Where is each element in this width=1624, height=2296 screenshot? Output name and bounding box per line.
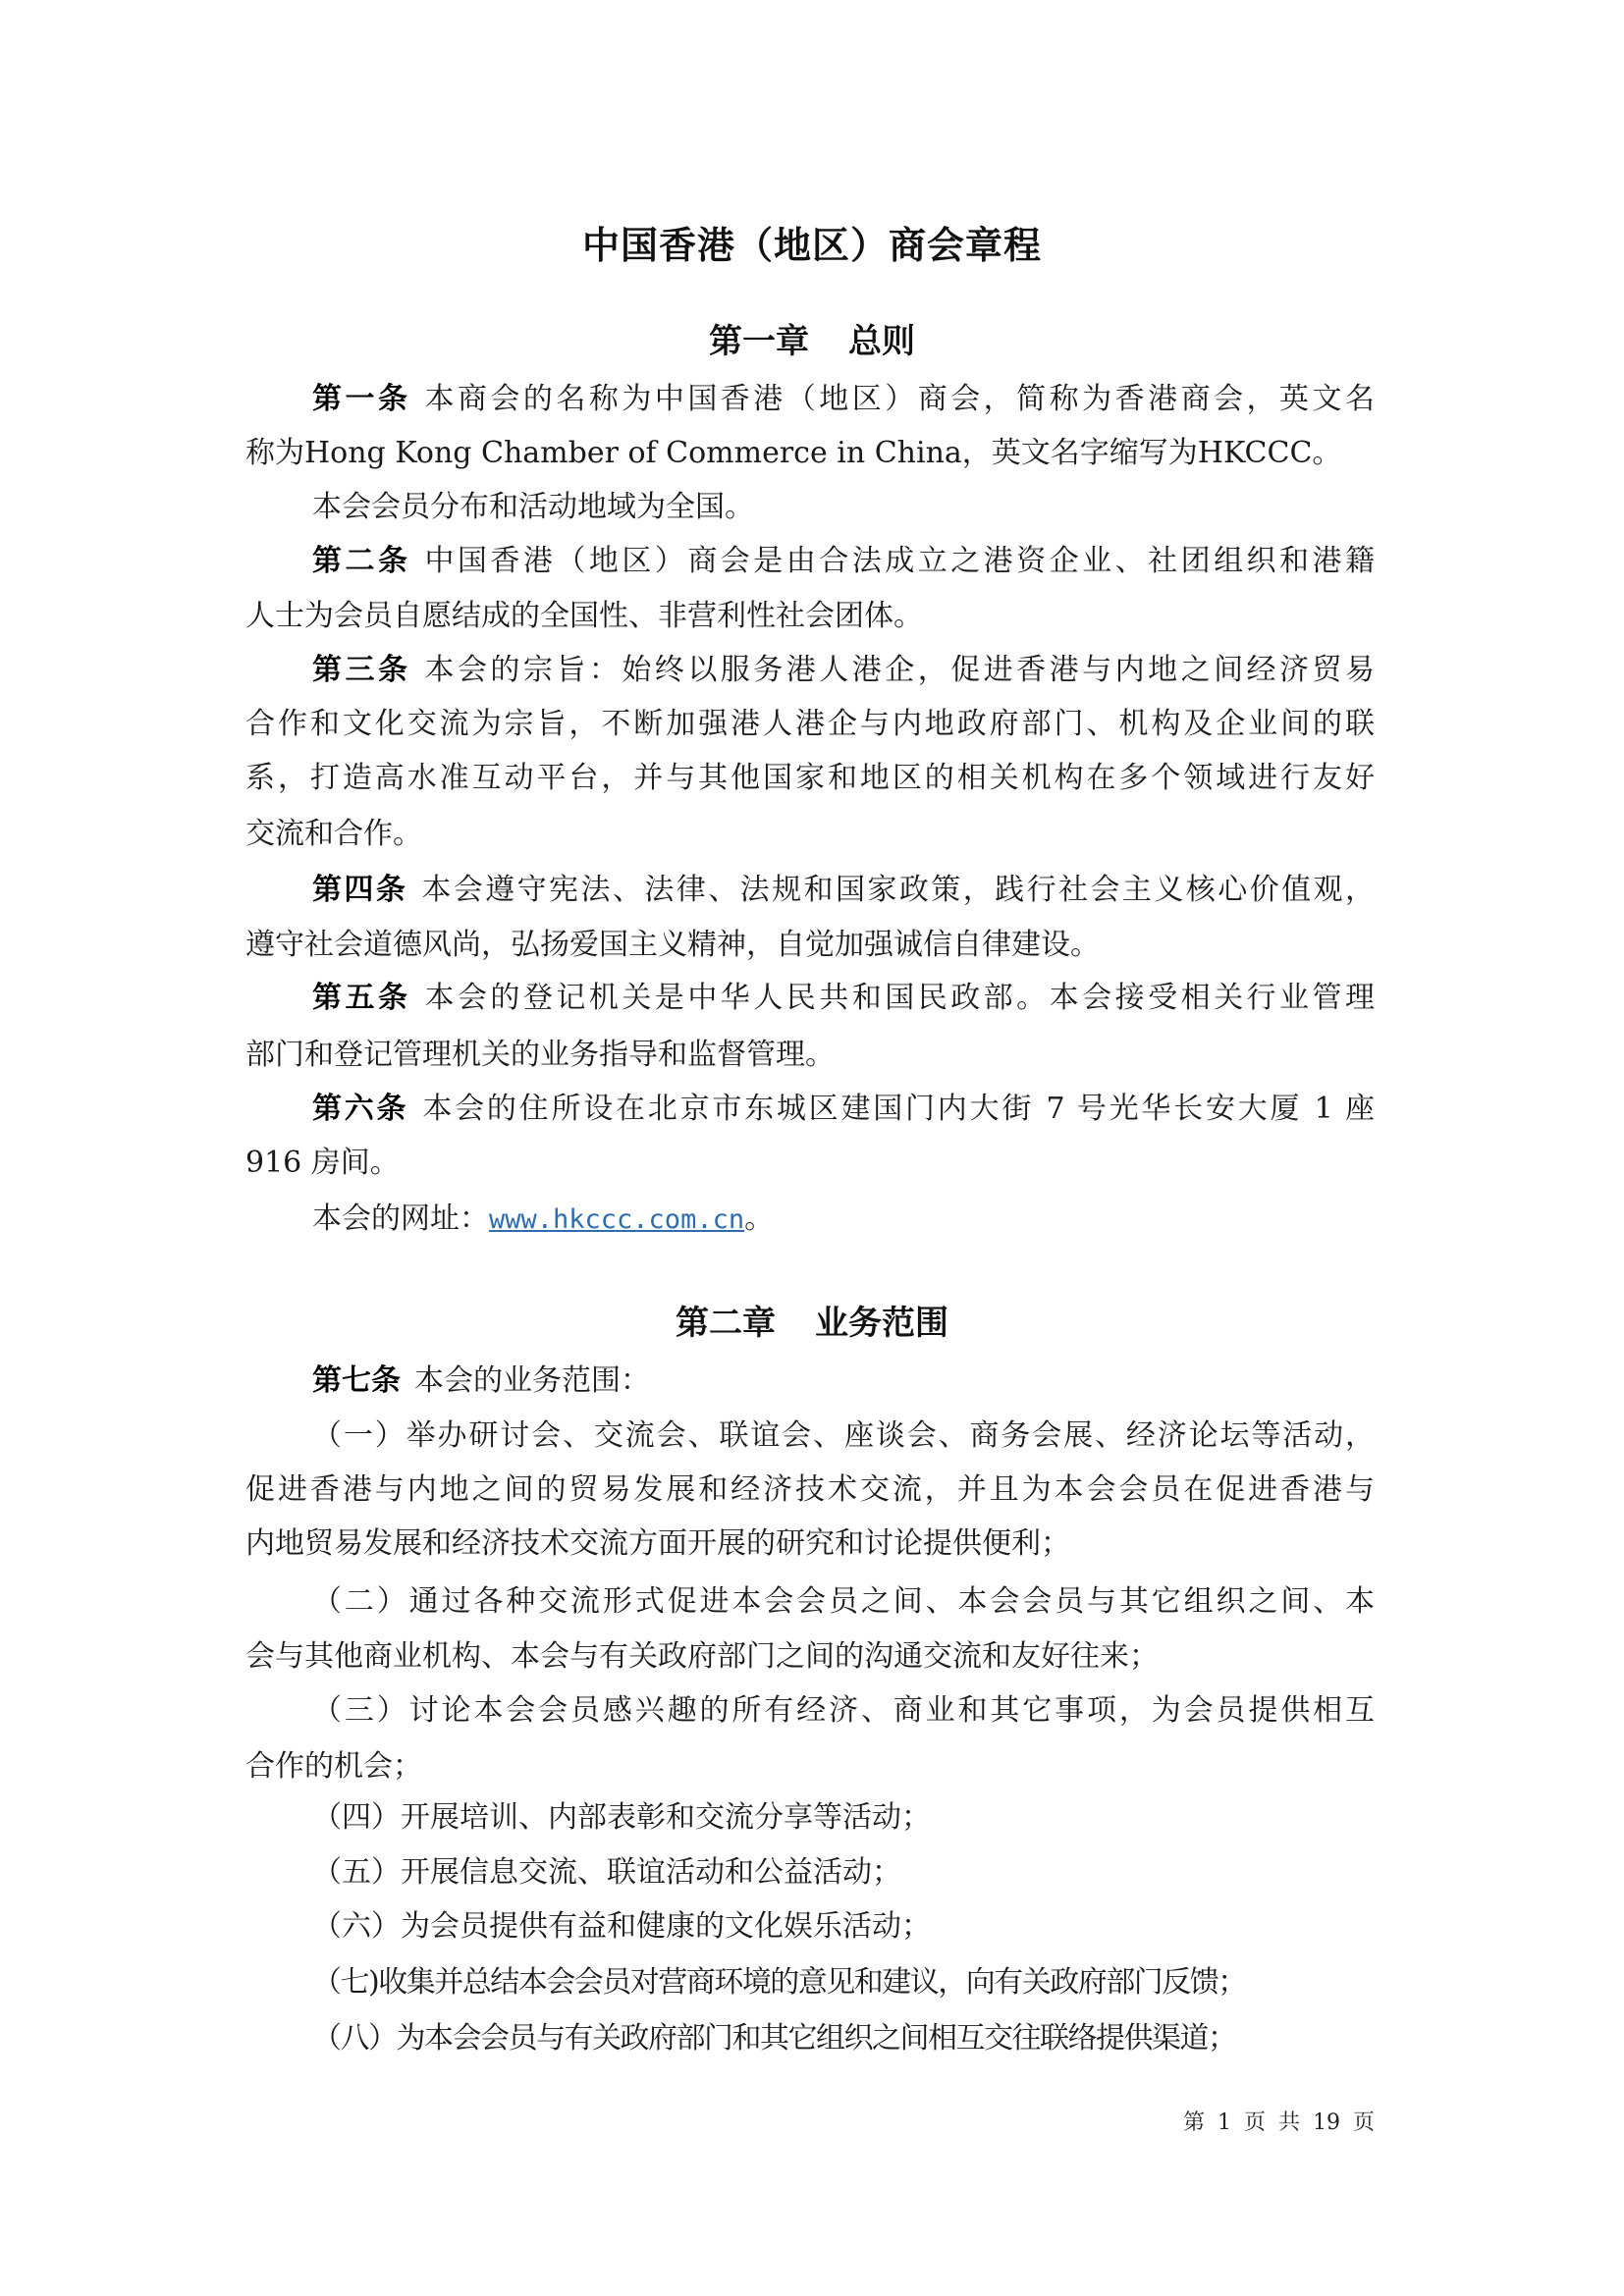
article-1-line-1: 第一条本商会的名称为中国香港（地区）商会，简称为香港商会，英文名 xyxy=(312,372,1375,427)
article-label: 第五条 xyxy=(312,981,410,1015)
scope-item-3-line-1: （三）讨论本会会员感兴趣的所有经济、商业和其它事项，为会员提供相互 xyxy=(312,1683,1375,1738)
article-text: 本会的宗旨：始终以服务港人港企，促进香港与内地之间经济贸易 xyxy=(424,653,1375,687)
scope-item-1-line-2: 促进香港与内地之间的贸易发展和经济技术交流，并且为本会会员在促进香港与 xyxy=(245,1463,1375,1518)
website-label: 本会的网址： xyxy=(312,1201,489,1236)
article-text: 本会的住所设在北京市东城区建国门内大街 7 号光华长安大厦 1 座 xyxy=(422,1092,1375,1126)
article-6-line-1: 第六条本会的住所设在北京市东城区建国门内大街 7 号光华长安大厦 1 座 xyxy=(312,1082,1375,1137)
chapter-name: 总则 xyxy=(848,322,915,361)
article-1-paragraph-2: 本会会员分布和活动地域为全国。 xyxy=(312,480,1375,535)
scope-item-6: （六）为会员提供有益和健康的文化娱乐活动； xyxy=(312,1899,1375,1954)
chapter-heading-1: 第一章总则 xyxy=(0,314,1624,369)
article-4-line-2: 遵守社会道德风尚，弘扬爱国主义精神，自觉加强诚信自律建设。 xyxy=(245,918,1375,973)
chapter-name: 业务范围 xyxy=(815,1304,948,1343)
document-title: 中国香港（地区）商会章程 xyxy=(0,218,1624,273)
article-1-line-2: 称为Hong Kong Chamber of Commerce in China… xyxy=(245,426,1375,481)
article-text: 本会的登记机关是中华人民共和国民政部。本会接受相关行业管理 xyxy=(424,981,1375,1015)
chapter-number: 第一章 xyxy=(709,322,809,361)
article-text: 本商会的名称为中国香港（地区）商会，简称为香港商会，英文名 xyxy=(424,382,1375,416)
article-7-line-1: 第七条本会的业务范围： xyxy=(312,1354,1375,1409)
article-2-line-2: 人士为会员自愿结成的全国性、非营利性社会团体。 xyxy=(245,589,1375,644)
document-page: 中国香港（地区）商会章程 第一章总则 第一条本商会的名称为中国香港（地区）商会，… xyxy=(0,0,1624,2296)
article-3-line-4: 交流和合作。 xyxy=(245,807,1375,862)
chapter-heading-2: 第二章业务范围 xyxy=(0,1296,1624,1351)
article-4-line-1: 第四条本会遵守宪法、法律、法规和国家政策，践行社会主义核心价值观， xyxy=(312,863,1375,918)
article-label: 第二条 xyxy=(312,544,410,578)
article-label: 第七条 xyxy=(312,1363,401,1398)
article-text: 本会遵守宪法、法律、法规和国家政策，践行社会主义核心价值观， xyxy=(421,873,1375,907)
article-6-line-2: 916 房间。 xyxy=(245,1136,1375,1191)
article-6-paragraph-2: 本会的网址：www.hkccc.com.cn。 xyxy=(312,1192,1375,1248)
chapter-number: 第二章 xyxy=(676,1304,776,1343)
period: 。 xyxy=(744,1201,774,1236)
article-3-line-1: 第三条本会的宗旨：始终以服务港人港企，促进香港与内地之间经济贸易 xyxy=(312,643,1375,698)
article-text: 本会的业务范围： xyxy=(414,1363,650,1398)
website-link[interactable]: www.hkccc.com.cn xyxy=(489,1204,744,1235)
article-label: 第六条 xyxy=(312,1092,408,1126)
article-3-line-2: 合作和文化交流为宗旨，不断加强港人港企与内地政府部门、机构及企业间的联 xyxy=(245,697,1375,752)
scope-item-2-line-2: 会与其他商业机构、本会与有关政府部门之间的沟通交流和友好往来； xyxy=(245,1629,1375,1684)
scope-item-1-line-3: 内地贸易发展和经济技术交流方面开展的研究和讨论提供便利； xyxy=(245,1517,1375,1572)
scope-item-5: （五）开展信息交流、联谊活动和公益活动； xyxy=(312,1845,1375,1900)
scope-item-2-line-1: （二）通过各种交流形式促进本会会员之间、本会会员与其它组织之间、本 xyxy=(312,1575,1375,1629)
article-text: 中国香港（地区）商会是由合法成立之港资企业、社团组织和港籍 xyxy=(424,544,1375,578)
article-2-line-1: 第二条中国香港（地区）商会是由合法成立之港资企业、社团组织和港籍 xyxy=(312,534,1375,589)
article-label: 第四条 xyxy=(312,873,407,907)
article-label: 第一条 xyxy=(312,382,410,416)
article-3-line-3: 系，打造高水准互动平台，并与其他国家和地区的相关机构在多个领域进行友好 xyxy=(245,751,1375,806)
article-5-line-1: 第五条本会的登记机关是中华人民共和国民政部。本会接受相关行业管理 xyxy=(312,971,1375,1026)
scope-item-1-line-1: （一）举办研讨会、交流会、联谊会、座谈会、商务会展、经济论坛等活动， xyxy=(312,1409,1375,1464)
article-label: 第三条 xyxy=(312,653,410,687)
article-5-line-2: 部门和登记管理机关的业务指导和监督管理。 xyxy=(245,1028,1375,1083)
scope-item-4: （四）开展培训、内部表彰和交流分享等活动； xyxy=(312,1790,1375,1845)
scope-item-8: （八）为本会会员与有关政府部门和其它组织之间相互交往联络提供渠道； xyxy=(312,2011,1375,2066)
scope-item-7: （七)收集并总结本会会员对营商环境的意见和建议，向有关政府部门反馈； xyxy=(312,1955,1375,2010)
scope-item-3-line-2: 合作的机会； xyxy=(245,1739,1375,1794)
page-number-footer: 第 1 页 共 19 页 xyxy=(1183,2109,1375,2138)
